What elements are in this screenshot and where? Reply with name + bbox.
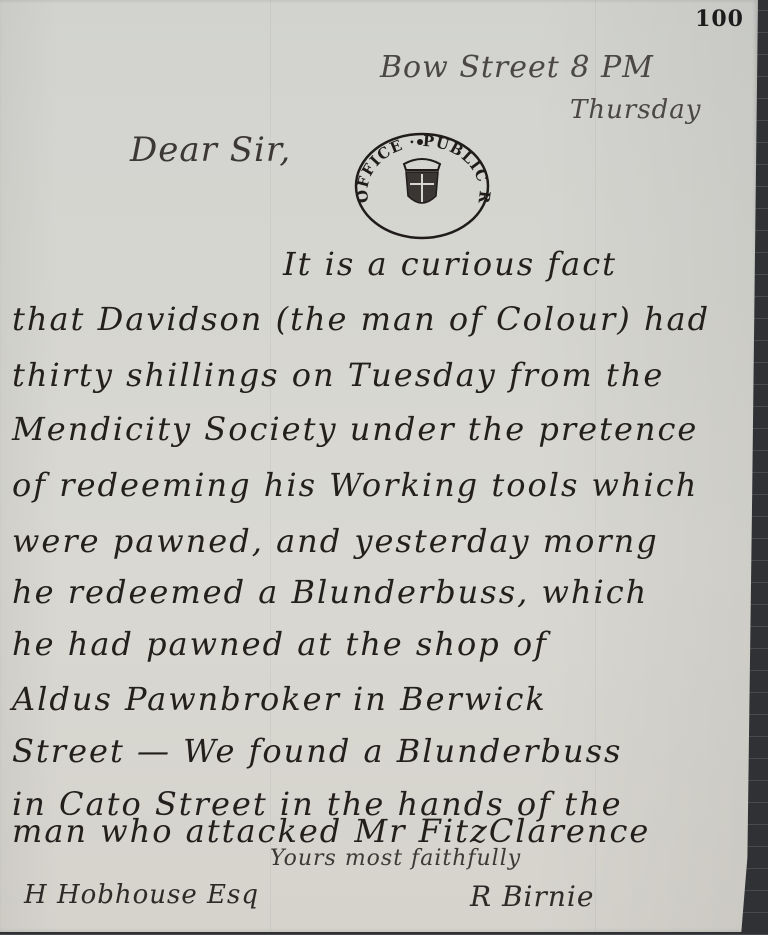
addressee: H Hobhouse Esq	[24, 880, 259, 910]
letter-body-line: of redeeming his Working tools which	[12, 466, 698, 504]
letter-body-line: Aldus Pawnbroker in Berwick	[12, 680, 547, 718]
crest-icon: OFFICE · PUBLIC RECORD	[348, 126, 496, 242]
letter-body-line: he redeemed a Blunderbuss, which	[12, 573, 648, 611]
public-record-office-stamp: OFFICE · PUBLIC RECORD	[348, 126, 496, 242]
letter-body-line: It is a curious fact	[283, 245, 617, 283]
letter-body-line: he had pawned at the shop of	[12, 625, 548, 663]
signature: R Birnie	[470, 880, 594, 913]
letter-body-line: Street — We found a Blunderbuss	[12, 732, 622, 770]
heading-place: Bow Street 8 PM	[380, 50, 654, 85]
letter-body-line: that Davidson (the man of Colour) had	[12, 300, 710, 338]
folio-number: 100	[695, 6, 744, 32]
heading-day: Thursday	[570, 95, 701, 125]
letter-body-line: Mendicity Society under the pretence	[12, 410, 698, 448]
letter-body-line: were pawned, and yesterday morng	[12, 522, 659, 560]
salutation: Dear Sir,	[130, 130, 291, 170]
letter-body-line: thirty shillings on Tuesday from the	[12, 356, 664, 394]
letter-body-line: man who attacked Mr FitzClarence	[12, 812, 650, 850]
letter-page: 100 Bow Street 8 PM Thursday Dear Sir, O…	[0, 0, 758, 932]
closing: Yours most faithfully	[270, 846, 521, 871]
